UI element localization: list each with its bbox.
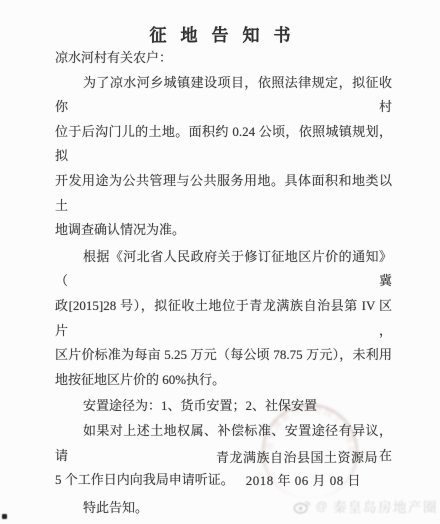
watermark-at-sign: @ bbox=[315, 499, 329, 513]
body-line: 根据《河北省人民政府关于修订征地区片价的通知》（冀 bbox=[55, 245, 392, 294]
notice-title: 征地告知书 bbox=[0, 21, 440, 46]
weibo-logo-icon bbox=[293, 499, 311, 514]
body-line: 区片价标准为每亩 5.25 万元（每公顷 78.75 万元），未利用 bbox=[55, 343, 392, 368]
body-line: 政[2015]28 号），拟征收土地位于青龙满族自治县第 IV 区片， bbox=[55, 294, 392, 343]
issue-date: 2018 年 06 月 08 日 bbox=[246, 470, 361, 489]
body-line: 地按征地区片价的 60%执行。 bbox=[55, 368, 392, 393]
ink-speck bbox=[2, 514, 7, 519]
body-line: 为了凉水河乡城镇建设项目，依照法律规定，拟征收你村 bbox=[55, 71, 392, 120]
notice-title-text: 征地告知书 bbox=[150, 26, 305, 45]
watermark-text: 秦皇岛房地产圈 bbox=[333, 496, 438, 516]
photo-watermark: @ 秦皇岛房地产圈 bbox=[293, 496, 438, 516]
body-line: 地调查确认情况为准。 bbox=[55, 218, 392, 243]
salutation-line: 凉水河村有关农户： bbox=[55, 46, 392, 71]
notice-document-page: 青龙满族自治县国土资源局 征地告知书 凉水河村有关农户： 为了凉水河乡城镇建设项… bbox=[0, 0, 440, 524]
body-line: 开发用途为公共管理与公共服务用地。具体面积和地类以土 bbox=[55, 169, 392, 218]
issuing-authority: 青龙满族自治县国土资源局 bbox=[216, 447, 378, 466]
body-line: 安置途径为：1、货币安置；2、社保安置 bbox=[55, 394, 392, 419]
body-line: 位于后沟门儿的土地。面积约 0.24 公顷，依照城镇规划，拟 bbox=[55, 120, 392, 169]
